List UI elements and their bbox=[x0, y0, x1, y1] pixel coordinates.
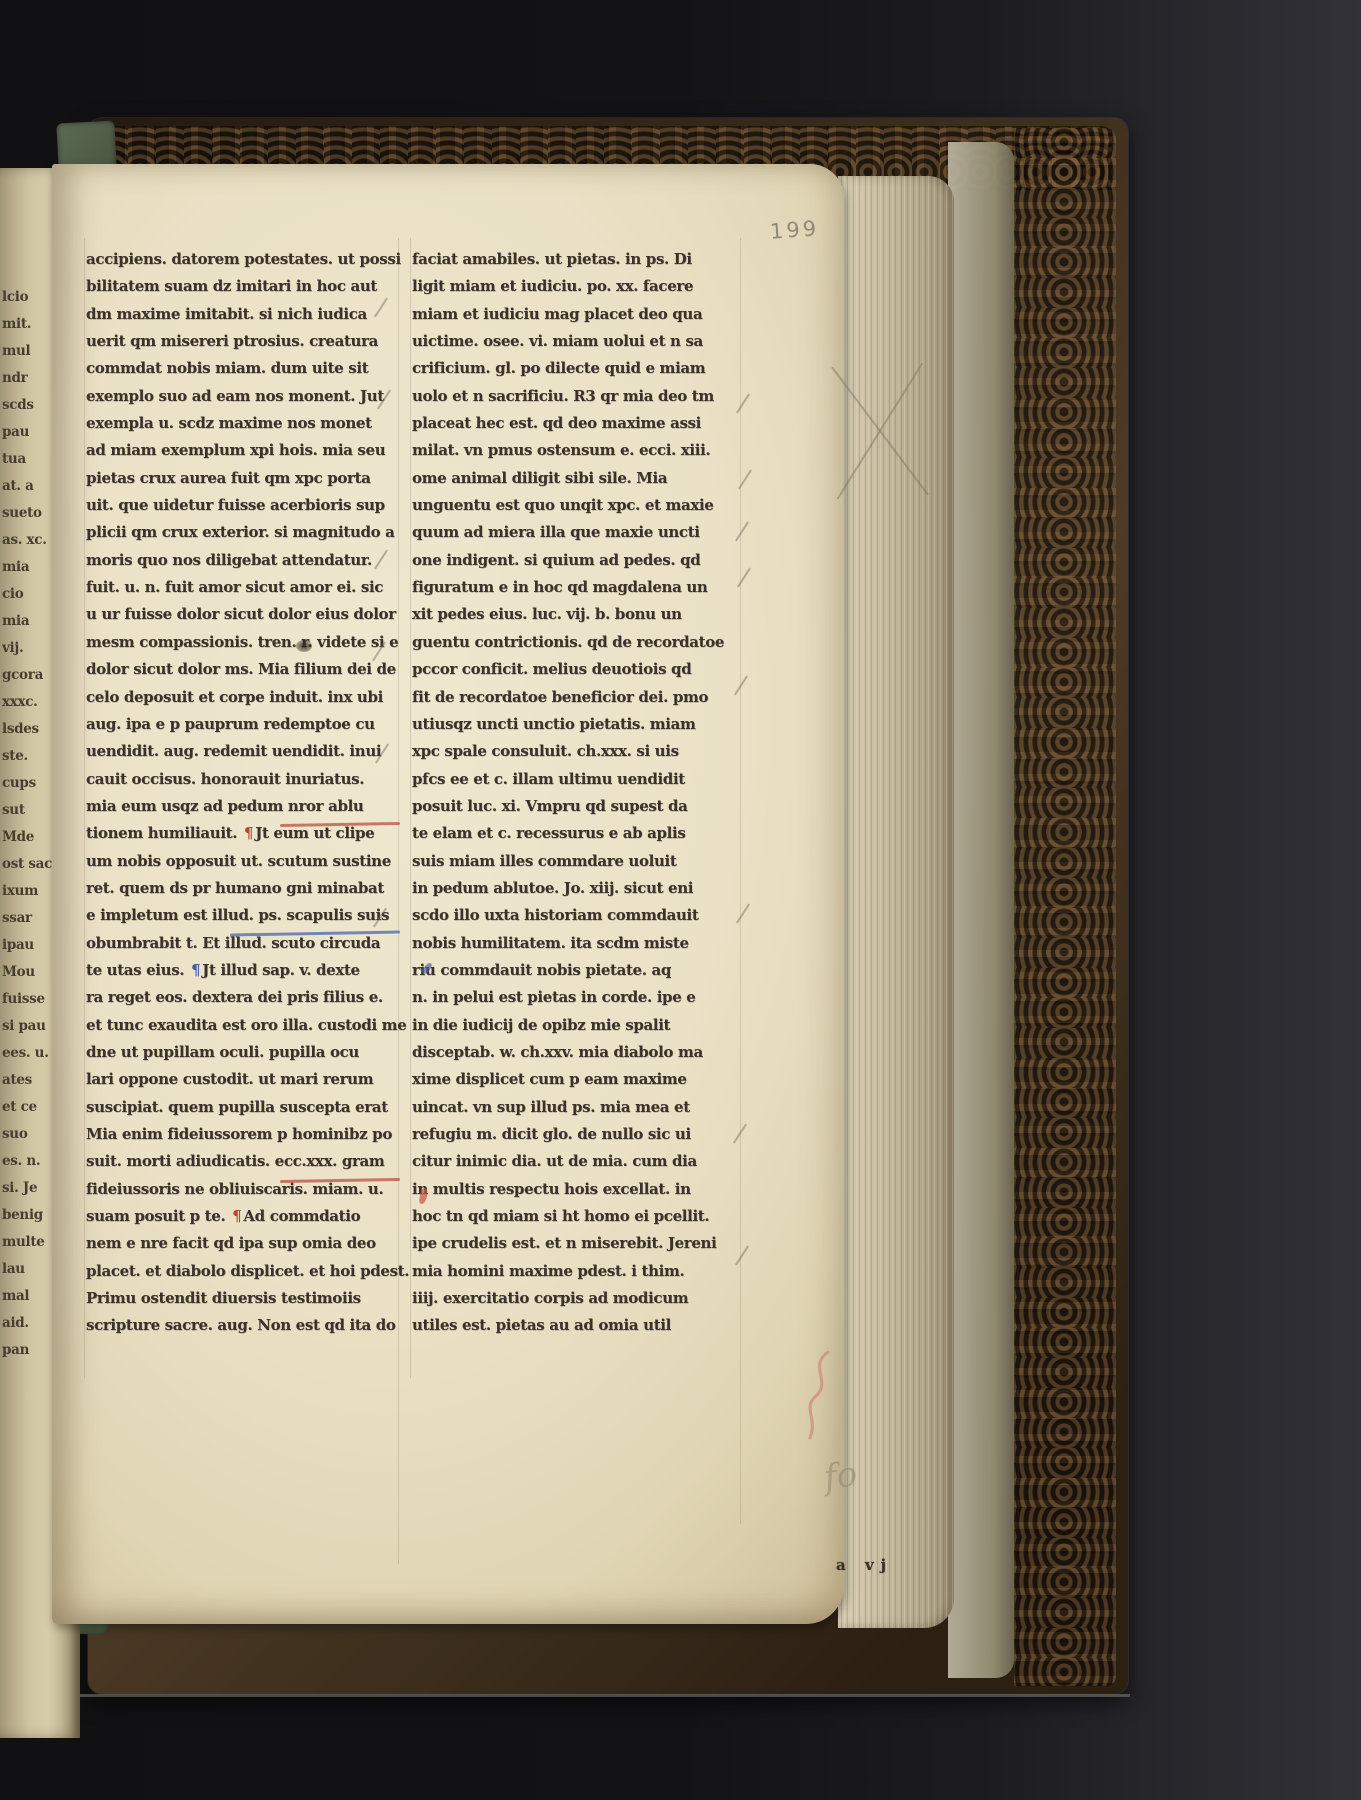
paraph-mark-blue: ¶ bbox=[189, 961, 202, 979]
text-line: figuratum e in hoc qd magdalena un bbox=[412, 574, 740, 601]
text-line: bilitatem suam dz imitari in hoc aut bbox=[86, 273, 396, 300]
text-line: suam posuit p te. ¶Ad commdatio bbox=[86, 1203, 396, 1230]
text-line: ret. quem ds pr humano gni minabat bbox=[86, 875, 396, 902]
text-line: xit pedes eius. luc. vij. b. bonu un bbox=[412, 601, 740, 628]
text-line: citur inimic dia. ut de mia. cum dia bbox=[412, 1148, 740, 1175]
text-line: utiles est. pietas au ad omia util bbox=[412, 1312, 740, 1339]
text-line: milat. vn pmus ostensum e. ecci. xiii. bbox=[412, 437, 740, 464]
text-line: uolo et n sacrificiu. R3 qr mia deo tm bbox=[412, 383, 740, 410]
red-ink-squiggle bbox=[788, 1348, 842, 1444]
text-line: mesm compassionis. tren. r. videte si e bbox=[86, 629, 396, 656]
binding-inner-edge bbox=[948, 142, 1014, 1678]
text-line: placeat hec est. qd deo maxime assi bbox=[412, 410, 740, 437]
text-line: cauit occisus. honorauit inuriatus. bbox=[86, 766, 396, 793]
text-line: dolor sicut dolor ms. Mia filium dei de bbox=[86, 656, 396, 683]
text-line: ligit miam et iudiciu. po. xx. facere bbox=[412, 273, 740, 300]
text-line: u ur fuisse dolor sicut dolor eius dolor bbox=[86, 601, 396, 628]
text-line: obumbrabit t. Et illud. scuto circuda bbox=[86, 930, 396, 957]
text-line: fit de recordatoe beneficior dei. pmo bbox=[412, 684, 740, 711]
folio-number: 199 bbox=[769, 216, 820, 243]
ruling-line bbox=[410, 238, 411, 1378]
text-line: lari oppone custodit. ut mari rerum bbox=[86, 1066, 396, 1093]
pencil-inscription: fo bbox=[821, 1454, 859, 1498]
text-line: riu commdauit nobis pietate. aq bbox=[412, 957, 740, 984]
text-line: aug. ipa e p pauprum redemptoe cu bbox=[86, 711, 396, 738]
text-line: n. in pelui est pietas in corde. ipe e bbox=[412, 984, 740, 1011]
cover-bottom-edge-highlight bbox=[70, 1694, 1130, 1697]
text-line: exempla u. scdz maxime nos monet bbox=[86, 410, 396, 437]
text-line: suit. morti adiudicatis. ecc.xxx. gram bbox=[86, 1148, 396, 1175]
text-line: uendidit. aug. redemit uendidit. inui bbox=[86, 738, 396, 765]
text-line: pfcs ee et c. illam ultimu uendidit bbox=[412, 766, 740, 793]
text-line: tionem humiliauit. ¶Jt eum ut clipe bbox=[86, 820, 396, 847]
text-line: fideiussoris ne obliuiscaris. miam. u. bbox=[86, 1176, 396, 1203]
text-line: et tunc exaudita est oro illa. custodi m… bbox=[86, 1012, 396, 1039]
text-line: unguentu est quo unqit xpc. et maxie bbox=[412, 492, 740, 519]
text-line: commdat nobis miam. dum uite sit bbox=[86, 355, 396, 382]
text-line: Mia enim fideiussorem p hominibz po bbox=[86, 1121, 396, 1148]
text-line: exemplo suo ad eam nos monent. Jut bbox=[86, 383, 396, 410]
text-line: ipe crudelis est. et n miserebit. Jereni bbox=[412, 1230, 740, 1257]
text-line: uincat. vn sup illud ps. mia mea et bbox=[412, 1094, 740, 1121]
quire-signature: a vj bbox=[836, 1556, 893, 1574]
text-line: fuit. u. n. fuit amor sicut amor ei. sic bbox=[86, 574, 396, 601]
text-line: uerit qm misereri ptrosius. creatura bbox=[86, 328, 396, 355]
text-line: uit. que uidetur fuisse acerbioris sup bbox=[86, 492, 396, 519]
text-line: suscipiat. quem pupilla suscepta erat bbox=[86, 1094, 396, 1121]
text-line: ad miam exemplum xpi hois. mia seu bbox=[86, 437, 396, 464]
paraph-mark-red: ¶ bbox=[230, 1207, 243, 1225]
text-line: guentu contrictionis. qd de recordatoe bbox=[412, 629, 740, 656]
text-line: disceptab. w. ch.xxv. mia diabolo ma bbox=[412, 1039, 740, 1066]
text-line: scdo illo uxta historiam commdauit bbox=[412, 902, 740, 929]
paraph-mark-red: ¶ bbox=[242, 824, 255, 842]
text-line: one indigent. si quium ad pedes. qd bbox=[412, 547, 740, 574]
ruling-line bbox=[84, 238, 85, 1378]
text-line: utiusqz uncti unctio pietatis. miam bbox=[412, 711, 740, 738]
text-line: crificium. gl. po dilecte quid e miam bbox=[412, 355, 740, 382]
text-line: um nobis opposuit ut. scutum sustine bbox=[86, 848, 396, 875]
text-line: accipiens. datorem potestates. ut possi bbox=[86, 246, 396, 273]
text-line: nem e nre facit qd ipa sup omia deo bbox=[86, 1230, 396, 1257]
text-line: posuit luc. xi. Vmpru qd supest da bbox=[412, 793, 740, 820]
text-line: Primu ostendit diuersis testimoiis bbox=[86, 1285, 396, 1312]
text-line: e impletum est illud. ps. scapulis suis bbox=[86, 902, 396, 929]
text-line: xime displicet cum p eam maxime bbox=[412, 1066, 740, 1093]
text-line: placet. et diabolo displicet. et hoi pde… bbox=[86, 1258, 396, 1285]
text-line: dm maxime imitabit. si nich iudica bbox=[86, 301, 396, 328]
text-line: in die iudicij de opibz mie spalit bbox=[412, 1012, 740, 1039]
ink-blot bbox=[296, 640, 312, 652]
text-line: suis miam illes commdare uoluit bbox=[412, 848, 740, 875]
text-line: te utas eius. ¶Jt illud sap. v. dexte bbox=[86, 957, 396, 984]
text-line: moris quo nos diligebat attendatur. bbox=[86, 547, 396, 574]
text-column-right: faciat amabiles. ut pietas. in ps. Dilig… bbox=[412, 246, 740, 1340]
text-line: nobis humilitatem. ita scdm miste bbox=[412, 930, 740, 957]
text-line: xpc spale consuluit. ch.xxx. si uis bbox=[412, 738, 740, 765]
text-line: uictime. osee. vi. miam uolui et n sa bbox=[412, 328, 740, 355]
manuscript-photo: lciomit.mulndrscdspautuaat. asuetoas. xc… bbox=[0, 0, 1361, 1800]
text-line: refugiu m. dicit glo. de nullo sic ui bbox=[412, 1121, 740, 1148]
text-line: ra reget eos. dextera dei pris filius e. bbox=[86, 984, 396, 1011]
text-line: ome animal diligit sibi sile. Mia bbox=[412, 465, 740, 492]
binding-tooled-border-right bbox=[1014, 128, 1116, 1686]
text-line: quum ad miera illa que maxie uncti bbox=[412, 519, 740, 546]
text-line: dne ut pupillam oculi. pupilla ocu bbox=[86, 1039, 396, 1066]
text-column-left: accipiens. datorem potestates. ut possib… bbox=[86, 246, 396, 1340]
text-line: pietas crux aurea fuit qm xpc porta bbox=[86, 465, 396, 492]
text-line: in pedum ablutoe. Jo. xiij. sicut eni bbox=[412, 875, 740, 902]
text-line: mia homini maxime pdest. i thim. bbox=[412, 1258, 740, 1285]
text-line: mia eum usqz ad pedum nror ablu bbox=[86, 793, 396, 820]
pencil-x-mark bbox=[825, 352, 930, 512]
text-line: te elam et c. recessurus e ab aplis bbox=[412, 820, 740, 847]
text-line: scripture sacre. aug. Non est qd ita do bbox=[86, 1312, 396, 1339]
text-line: iiij. exercitatio corpis ad modicum bbox=[412, 1285, 740, 1312]
text-line: pccor conficit. melius deuotiois qd bbox=[412, 656, 740, 683]
ruling-line bbox=[398, 238, 399, 1564]
text-line: in multis respectu hois excellat. in bbox=[412, 1176, 740, 1203]
text-line: plicii qm crux exterior. si magnitudo a bbox=[86, 519, 396, 546]
text-line: miam et iudiciu mag placet deo qua bbox=[412, 301, 740, 328]
text-line: faciat amabiles. ut pietas. in ps. Di bbox=[412, 246, 740, 273]
text-line: hoc tn qd miam si ht homo ei pcellit. bbox=[412, 1203, 740, 1230]
ruling-line bbox=[740, 238, 741, 1524]
text-line: celo deposuit et corpe induit. inx ubi bbox=[86, 684, 396, 711]
